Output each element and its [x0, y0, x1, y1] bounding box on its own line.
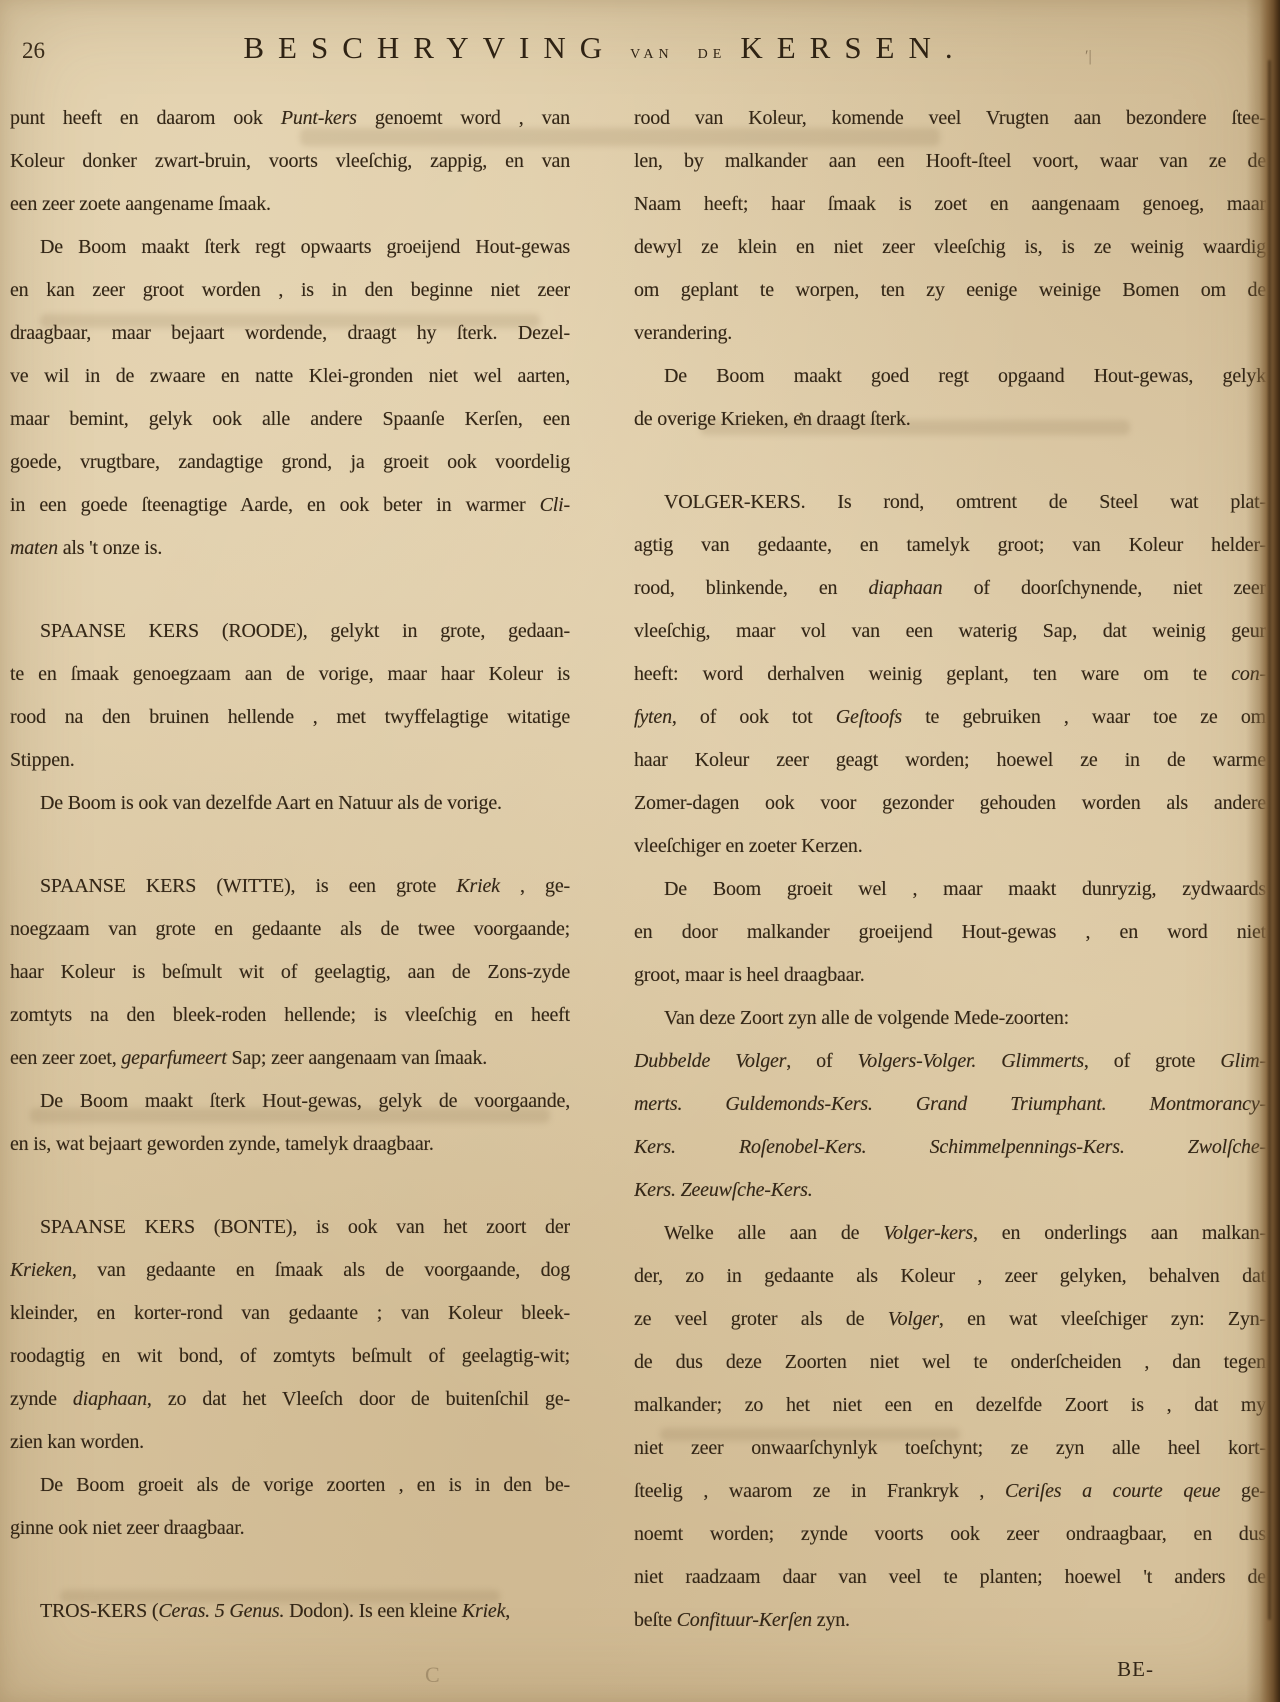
- text-line: Kers. Roſenobel-Kers. Schimmelpennings-K…: [634, 1126, 1266, 1169]
- text-line: Kers. Zeeuwſche-Kers.: [634, 1169, 1266, 1212]
- text-segment: noemt worden; zynde voorts ook zeer ondr…: [634, 1523, 1266, 1545]
- text-line: rood, blinkende, en diaphaan of doorſchy…: [634, 567, 1266, 610]
- text-line: De Boom maakt ſterk regt opwaarts groeij…: [10, 226, 570, 269]
- text-line: maten als 't onze is.: [10, 527, 570, 570]
- text-line: Zomer-dagen ook voor gezonder gehouden w…: [634, 782, 1266, 825]
- text-line: een zeer zoet, geparfumeert Sap; zeer aa…: [10, 1037, 570, 1080]
- text-segment: beſte: [634, 1609, 677, 1631]
- text-line: merts. Guldemonds-Kers. Grand Triumphant…: [634, 1083, 1266, 1126]
- text-line: ve wil in de zwaare en natte Klei-gronde…: [10, 355, 570, 398]
- text-segment: , of ook tot: [672, 706, 836, 728]
- italic-text-segment: Volgers-Volger.: [858, 1050, 977, 1072]
- italic-text-segment: maten: [10, 537, 58, 559]
- italic-text-segment: Volger: [888, 1308, 939, 1330]
- book-page-scan: { "page": { "number": "26", "catchword":…: [0, 0, 1280, 1702]
- text-line: De Boom maakt ſterk Hout-gewas, gelyk de…: [10, 1080, 570, 1123]
- text-line: haar Koleur is beſmult wit of geelagtig,…: [10, 951, 570, 994]
- text-segment: niet zeer onwaarſchynlyk toeſchynt; ze z…: [634, 1437, 1266, 1459]
- text-line: roodagtig en wit bond, of zomtyts beſmul…: [10, 1335, 570, 1378]
- text-line: een zeer zoete aangename ſmaak.: [10, 183, 570, 226]
- text-segment: zyn.: [812, 1609, 850, 1631]
- text-segment: ſteelig , waarom ze in Frankryk ,: [634, 1480, 1005, 1502]
- paragraph: punt heeft en daarom ook Punt-kers genoe…: [10, 97, 570, 226]
- text-line: en kan zeer groot worden , is in den beg…: [10, 269, 570, 312]
- text-line: niet zeer onwaarſchynlyk toeſchynt; ze z…: [634, 1427, 1266, 1470]
- text-segment: groot, maar is heel draagbaar.: [634, 964, 865, 986]
- text-segment: De Boom maakt goed regt opgaand Hout-gew…: [664, 365, 1266, 387]
- text-line: Welke alle aan de Volger-kers, en onderl…: [634, 1212, 1266, 1255]
- right-text-column: rood van Koleur, komende veel Vrugten aa…: [634, 97, 1266, 1691]
- text-segment: de dus deze Zoorten niet wel te onderſch…: [634, 1351, 1266, 1373]
- text-line: Koleur donker zwart-bruin, voorts vleeſc…: [10, 140, 570, 183]
- text-line: noemt worden; zynde voorts ook zeer ondr…: [634, 1513, 1266, 1556]
- italic-text-segment: Volger-kers: [883, 1222, 973, 1244]
- text-segment: Van deze Zoort zyn alle de volgende Mede…: [664, 1007, 1069, 1029]
- text-line: zien kan worden.: [10, 1421, 570, 1464]
- paragraph: SPAANSE KERS (ROODE), gelykt in grote, g…: [10, 610, 570, 782]
- italic-text-segment: Kriek: [462, 1600, 505, 1622]
- text-segment: en is, wat bejaart geworden zynde, tamel…: [10, 1133, 434, 1155]
- text-line: VOLGER-KERS. Is rond, omtrent de Steel w…: [634, 481, 1266, 524]
- paragraph: Dubbelde Volger, of Volgers-Volger. Glim…: [634, 1040, 1266, 1212]
- text-segment: De Boom is ook van dezelfde Aart en Natu…: [40, 792, 502, 814]
- text-line: vleeſchiger en zoeter Kerzen.: [634, 825, 1266, 868]
- text-segment: verandering.: [634, 322, 732, 344]
- text-line: beſte Confituur-Kerſen zyn.: [634, 1599, 1266, 1642]
- page-edge-crease: [1268, 60, 1271, 1620]
- text-segment: SPAANSE KERS (ROODE), gelykt in grote, g…: [40, 620, 570, 642]
- text-segment: dewyl ze klein en niet zeer vleeſchig is…: [634, 236, 1266, 258]
- text-segment: Sap; zeer aangenaam van ſmaak.: [227, 1047, 487, 1069]
- italic-text-segment: Ceriſes a courte qeue: [1005, 1480, 1220, 1502]
- text-line: der, zo in gedaante als Koleur , zeer ge…: [634, 1255, 1266, 1298]
- header-title-right: KERSEN.: [740, 30, 966, 65]
- paragraph: De Boom maakt goed regt opgaand Hout-gew…: [634, 355, 1266, 441]
- text-segment: haar Koleur zeer geagt worden; hoewel ze…: [634, 749, 1266, 771]
- text-segment: SPAANSE KERS (BONTE), is ook van het zoo…: [40, 1216, 570, 1238]
- text-segment: in een goede ſteenagtige Aarde, en ook b…: [10, 494, 540, 516]
- paragraph: Van deze Zoort zyn alle de volgende Mede…: [634, 997, 1266, 1040]
- text-segment: De Boom groeit wel , maar maakt dunryzig…: [664, 878, 1266, 900]
- text-line: De Boom maakt goed regt opgaand Hout-gew…: [634, 355, 1266, 398]
- text-segment: zien kan worden.: [10, 1431, 144, 1453]
- text-segment: ginne ook niet zeer draagbaar.: [10, 1517, 244, 1539]
- paragraph: rood van Koleur, komende veel Vrugten aa…: [634, 97, 1266, 355]
- italic-text-segment: geparfumeert: [121, 1047, 226, 1069]
- text-line: Stippen.: [10, 739, 570, 782]
- italic-text-segment: Confituur-Kerſen: [677, 1609, 812, 1631]
- text-line: de overige Krieken, en draagt ſterk.: [634, 398, 1266, 441]
- italic-text-segment: Geſtoofs: [836, 706, 902, 728]
- paragraph: TROS-KERS (Ceras. 5 Genus. Dodon). Is ee…: [10, 1590, 570, 1633]
- text-line: Naam heeft; haar ſmaak is zoet en aangen…: [634, 183, 1266, 226]
- text-line: noegzaam van grote en gedaante als de tw…: [10, 908, 570, 951]
- text-segment: te gebruiken , waar toe ze om: [902, 706, 1266, 728]
- italic-text-segment: fyten: [634, 706, 672, 728]
- text-segment: [976, 1050, 1001, 1072]
- text-segment: punt heeft en daarom ook: [10, 107, 281, 129]
- text-line: Van deze Zoort zyn alle de volgende Mede…: [634, 997, 1266, 1040]
- text-line: rood van Koleur, komende veel Vrugten aa…: [634, 97, 1266, 140]
- page-edge-shadow: [1246, 0, 1280, 1702]
- text-line: rood na den bruinen hellende , met twyff…: [10, 696, 570, 739]
- paragraph: SPAANSE KERS (WITTE), is een grote Kriek…: [10, 865, 570, 1080]
- text-segment: rood na den bruinen hellende , met twyff…: [10, 706, 570, 728]
- text-segment: ,: [505, 1600, 510, 1622]
- text-segment: een zeer zoet,: [10, 1047, 121, 1069]
- text-segment: of doorſchynende, niet zeer: [942, 577, 1266, 599]
- italic-text-segment: Kers. Roſenobel-Kers. Schimmelpennings-K…: [634, 1136, 1266, 1158]
- text-segment: Zomer-dagen ook voor gezonder gehouden w…: [634, 792, 1266, 814]
- text-segment: Welke alle aan de: [664, 1222, 883, 1244]
- italic-text-segment: Punt-kers: [281, 107, 357, 129]
- text-line: De Boom groeit als de vorige zoorten , e…: [10, 1464, 570, 1507]
- italic-text-segment: merts. Guldemonds-Kers. Grand Triumphant…: [634, 1093, 1266, 1115]
- text-segment: noegzaam van grote en gedaante als de tw…: [10, 918, 570, 940]
- text-segment: Stippen.: [10, 749, 75, 771]
- text-line: malkander; zo het niet een en dezelfde Z…: [634, 1384, 1266, 1427]
- text-line: dewyl ze klein en niet zeer vleeſchig is…: [634, 226, 1266, 269]
- text-segment: en kan zeer groot worden , is in den beg…: [10, 279, 570, 301]
- text-segment: rood van Koleur, komende veel Vrugten aa…: [634, 107, 1266, 129]
- text-segment: vleeſchiger en zoeter Kerzen.: [634, 835, 863, 857]
- text-segment: om geplant te worpen, ten zy eenige wein…: [634, 279, 1266, 301]
- text-line: verandering.: [634, 312, 1266, 355]
- text-segment: , ge-: [500, 875, 570, 897]
- left-text-column: punt heeft en daarom ook Punt-kers genoe…: [10, 97, 570, 1633]
- text-segment: , zo dat het Vleeſch door de buitenſchil…: [147, 1388, 570, 1410]
- text-segment: niet raadzaam daar van veel te planten; …: [634, 1566, 1266, 1588]
- text-line: SPAANSE KERS (WITTE), is een grote Kriek…: [10, 865, 570, 908]
- text-line: ze veel groter als de Volger, en wat vle…: [634, 1298, 1266, 1341]
- text-line: ginne ook niet zeer draagbaar.: [10, 1507, 570, 1550]
- text-line: maar bemint, gelyk ook alle andere Spaan…: [10, 398, 570, 441]
- italic-text-segment: Krieken: [10, 1259, 72, 1281]
- text-segment: SPAANSE KERS (WITTE), is een grote: [40, 875, 456, 897]
- header-word-van: van: [630, 41, 674, 63]
- text-line: draagbaar, maar bejaart wordende, draagt…: [10, 312, 570, 355]
- text-segment: De Boom groeit als de vorige zoorten , e…: [40, 1474, 570, 1496]
- text-segment: De Boom maakt ſterk Hout-gewas, gelyk de…: [40, 1090, 570, 1112]
- italic-text-segment: diaphaan: [73, 1388, 147, 1410]
- text-segment: als 't onze is.: [58, 537, 162, 559]
- text-segment: zomtyts na den bleek-roden hellende; is …: [10, 1004, 570, 1026]
- paragraph: SPAANSE KERS (BONTE), is ook van het zoo…: [10, 1206, 570, 1464]
- italic-text-segment: Glimmerts: [1001, 1050, 1084, 1072]
- text-segment: , of grote: [1084, 1050, 1220, 1072]
- italic-text-segment: Kriek: [456, 875, 499, 897]
- paragraph: De Boom maakt ſterk Hout-gewas, gelyk de…: [10, 1080, 570, 1166]
- paragraph: VOLGER-KERS. Is rond, omtrent de Steel w…: [634, 481, 1266, 868]
- text-line: groot, maar is heel draagbaar.: [634, 954, 1266, 997]
- text-segment: maar bemint, gelyk ook alle andere Spaan…: [10, 408, 570, 430]
- text-segment: , van gedaante en ſmaak als de voorgaand…: [72, 1259, 570, 1281]
- text-line: haar Koleur zeer geagt worden; hoewel ze…: [634, 739, 1266, 782]
- text-line: in een goede ſteenagtige Aarde, en ook b…: [10, 484, 570, 527]
- paragraph: De Boom groeit als de vorige zoorten , e…: [10, 1464, 570, 1550]
- text-segment: len, by malkander aan een Hooft-ſteel vo…: [634, 150, 1266, 172]
- text-line: SPAANSE KERS (ROODE), gelykt in grote, g…: [10, 610, 570, 653]
- text-line: en door malkander groeijend Hout-gewas ,…: [634, 911, 1266, 954]
- text-segment: , of: [786, 1050, 857, 1072]
- italic-text-segment: Dubbelde Volger: [634, 1050, 786, 1072]
- italic-text-segment: Ceras. 5 Genus.: [158, 1600, 284, 1622]
- text-line: de dus deze Zoorten niet wel te onderſch…: [634, 1341, 1266, 1384]
- text-segment: te en ſmaak genoegzaam aan de vorige, ma…: [10, 663, 570, 685]
- paragraph: Welke alle aan de Volger-kers, en onderl…: [634, 1212, 1266, 1642]
- text-segment: en door malkander groeijend Hout-gewas ,…: [634, 921, 1266, 943]
- text-segment: Naam heeft; haar ſmaak is zoet en aangen…: [634, 193, 1266, 215]
- text-line: niet raadzaam daar van veel te planten; …: [634, 1556, 1266, 1599]
- text-segment: kleinder, en korter-rond van gedaante ; …: [10, 1302, 570, 1324]
- text-line: vleeſchig, maar vol van een waterig Sap,…: [634, 610, 1266, 653]
- text-segment: ve wil in de zwaare en natte Klei-gronde…: [10, 365, 570, 387]
- text-segment: De Boom maakt ſterk regt opwaarts groeij…: [40, 236, 570, 258]
- text-segment: , en wat vleeſchiger zyn: Zyn-: [939, 1308, 1266, 1330]
- text-line: en is, wat bejaart geworden zynde, tamel…: [10, 1123, 570, 1166]
- text-segment: de overige Krieken, en draagt ſterk.: [634, 408, 911, 430]
- text-segment: Dodon). Is een kleine: [284, 1600, 462, 1622]
- text-segment: , en onderlings aan malkan-: [973, 1222, 1266, 1244]
- text-segment: draagbaar, maar bejaart wordende, draagt…: [10, 322, 570, 344]
- text-segment: heeft: word derhalven weinig geplant, te…: [634, 663, 1231, 685]
- text-segment: der, zo in gedaante als Koleur , zeer ge…: [634, 1265, 1266, 1287]
- paragraph: De Boom maakt ſterk regt opwaarts groeij…: [10, 226, 570, 570]
- catchword: BE-: [634, 1648, 1266, 1691]
- italic-text-segment: Kers. Zeeuwſche-Kers.: [634, 1179, 813, 1201]
- text-line: De Boom is ook van dezelfde Aart en Natu…: [10, 782, 570, 825]
- text-line: De Boom groeit wel , maar maakt dunryzig…: [634, 868, 1266, 911]
- text-segment: vleeſchig, maar vol van een waterig Sap,…: [634, 620, 1266, 642]
- text-line: zynde diaphaan, zo dat het Vleeſch door …: [10, 1378, 570, 1421]
- text-segment: haar Koleur is beſmult wit of geelagtig,…: [10, 961, 570, 983]
- text-segment: TROS-KERS (: [40, 1600, 158, 1622]
- running-header: BESCHRYVING van de KERSEN.: [0, 30, 1210, 66]
- text-line: heeft: word derhalven weinig geplant, te…: [634, 653, 1266, 696]
- text-line: SPAANSE KERS (BONTE), is ook van het zoo…: [10, 1206, 570, 1249]
- text-segment: goede, vrugtbare, zandagtige grond, ja g…: [10, 451, 570, 473]
- text-line: TROS-KERS (Ceras. 5 Genus. Dodon). Is ee…: [10, 1590, 570, 1633]
- text-segment: rood, blinkende, en: [634, 577, 868, 599]
- italic-text-segment: Cli-: [540, 494, 570, 516]
- text-segment: zynde: [10, 1388, 73, 1410]
- header-word-de: de: [698, 41, 727, 63]
- paragraph: De Boom is ook van dezelfde Aart en Natu…: [10, 782, 570, 825]
- text-line: te en ſmaak genoegzaam aan de vorige, ma…: [10, 653, 570, 696]
- text-segment: een zeer zoete aangename ſmaak.: [10, 193, 271, 215]
- text-segment: agtig van gedaante, en tamelyk groot; va…: [634, 534, 1266, 556]
- text-line: goede, vrugtbare, zandagtige grond, ja g…: [10, 441, 570, 484]
- text-line: len, by malkander aan een Hooft-ſteel vo…: [634, 140, 1266, 183]
- text-line: punt heeft en daarom ook Punt-kers genoe…: [10, 97, 570, 140]
- text-line: Krieken, van gedaante en ſmaak als de vo…: [10, 1249, 570, 1292]
- text-segment: roodagtig en wit bond, of zomtyts beſmul…: [10, 1345, 570, 1367]
- text-line: zomtyts na den bleek-roden hellende; is …: [10, 994, 570, 1037]
- text-line: kleinder, en korter-rond van gedaante ; …: [10, 1292, 570, 1335]
- text-line: ſteelig , waarom ze in Frankryk , Ceriſe…: [634, 1470, 1266, 1513]
- text-line: Dubbelde Volger, of Volgers-Volger. Glim…: [634, 1040, 1266, 1083]
- paragraph: De Boom groeit wel , maar maakt dunryzig…: [634, 868, 1266, 997]
- text-line: om geplant te worpen, ten zy eenige wein…: [634, 269, 1266, 312]
- text-segment: Koleur donker zwart-bruin, voorts vleeſc…: [10, 150, 570, 172]
- text-segment: malkander; zo het niet een en dezelfde Z…: [634, 1394, 1266, 1416]
- header-title-left: BESCHRYVING: [243, 30, 616, 65]
- text-segment: genoemt word , van: [357, 107, 570, 129]
- text-segment: ze veel groter als de: [634, 1308, 888, 1330]
- italic-text-segment: diaphaan: [868, 577, 942, 599]
- text-line: fyten, of ook tot Geſtoofs te gebruiken …: [634, 696, 1266, 739]
- text-line: agtig van gedaante, en tamelyk groot; va…: [634, 524, 1266, 567]
- text-segment: VOLGER-KERS. Is rond, omtrent de Steel w…: [664, 491, 1266, 513]
